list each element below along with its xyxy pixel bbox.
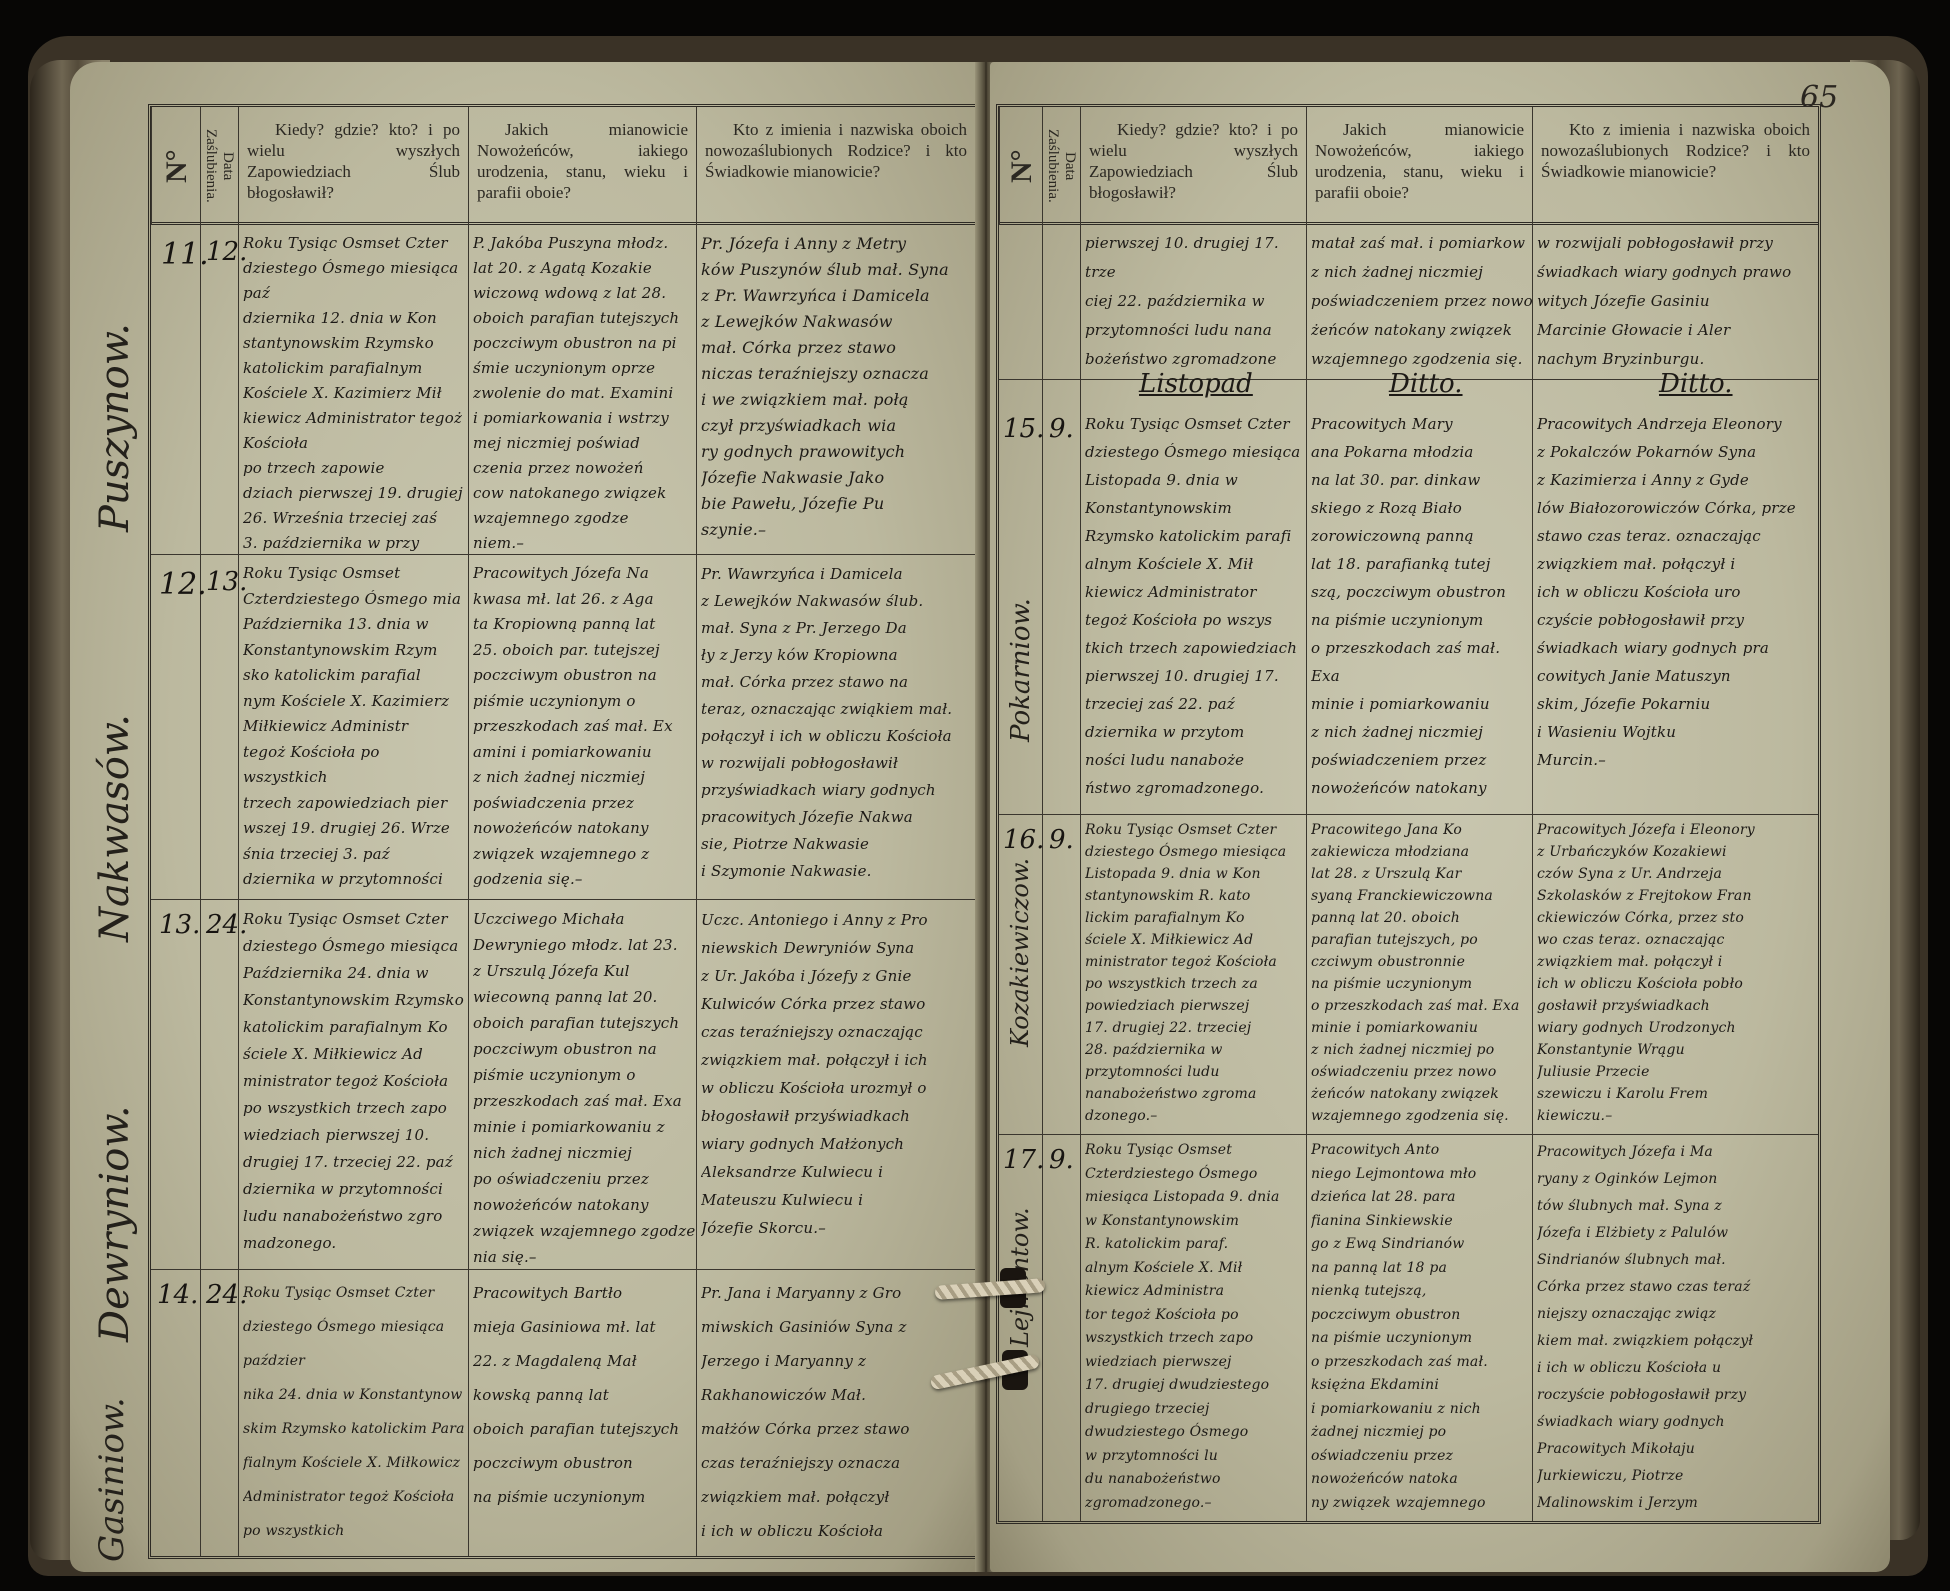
entry-when-where: Roku Tysiąc Osmset Czter dziestego Ósmeg…	[243, 1276, 469, 1554]
register-entry-13: 13. 24. Roku Tysiąc Osmset Czter dzieste…	[151, 900, 975, 1270]
entry-couple: Pracowitych Mary ana Pokarna młodzia na …	[1311, 410, 1533, 810]
entry-number: 12.	[159, 567, 207, 602]
register-entry-12: 12. 13. Roku Tysiąc Osmset Czterdziesteg…	[151, 555, 975, 900]
entry-parents-witnesses: Pr. Wawrzyńca i Damicela z Lewejków Nakw…	[701, 561, 973, 897]
entry-when-where: pierwszej 10. drugiej 17. trze ciej 22. …	[1085, 229, 1307, 379]
entry-couple: Pracowitych Józefa Na kwasa mł. lat 26. …	[473, 561, 697, 897]
register-table-right: N° Data Zaślubienia. Kiedy? gdzie? kto? …	[996, 104, 1821, 1524]
entry-date: 9.	[1049, 414, 1074, 444]
entry-number: 14.	[157, 1280, 198, 1310]
entry-parents-witnesses: Pracowitych Józefa i Ma ryany z Oginków …	[1537, 1139, 1817, 1517]
entry-parents-witnesses: w rozwijali pobłogosławił przy świadkach…	[1537, 229, 1817, 379]
header-parents-witnesses: Kto z imienia i nazwiska oboich nowozaśl…	[1533, 107, 1818, 225]
header-parents-witnesses: Kto z imienia i nazwiska oboich nowozaśl…	[697, 107, 975, 225]
entry-when-where: Roku Tysiąc Osmset Czter dziestego Ósmeg…	[243, 231, 469, 553]
entry-couple: Uczciwego Michała Dewryniego młodz. lat …	[473, 906, 697, 1266]
left-page: N° Data Zaślubienia. Kiedy? gdzie? kto? …	[70, 62, 985, 1572]
margin-surname: Kozakiewiczow.	[1006, 858, 1034, 1047]
entry-when-where: Roku Tysiąc Osmset Czter dziestego Ósmeg…	[1085, 819, 1307, 1131]
margin-surname: Nakwasów.	[92, 714, 138, 942]
entry-date: 9.	[1049, 825, 1074, 855]
register-entry-17: 17. 9. Roku Tysiąc Osmset Czterdziestego…	[999, 1135, 1818, 1521]
entry-date: 13.	[206, 567, 247, 597]
register-entry-11: 11. 12. Roku Tysiąc Osmset Czter dzieste…	[151, 225, 975, 555]
margin-surname: Gasiniow.	[92, 1397, 132, 1562]
entry-number: 15.	[1003, 414, 1044, 444]
entry-when-where: Roku Tysiąc Osmset Czterdziestego Ósmego…	[1085, 1139, 1307, 1517]
entry-when-where: Roku Tysiąc Osmset Czter dziestego Ósmeg…	[243, 906, 469, 1266]
entry-couple: Pracowitego Jana Ko zakiewicza młodziana…	[1311, 819, 1533, 1131]
entry-couple: Pracowitych Anto niego Lejmontowa mło dz…	[1311, 1139, 1533, 1517]
register-entry-14-continuation: pierwszej 10. drugiej 17. trze ciej 22. …	[999, 225, 1818, 380]
right-page: 65 N° Data Zaślubienia. Kiedy? gdzie? kt…	[990, 62, 1890, 1572]
entry-couple: P. Jakóba Puszyna młodz. lat 20. z Agatą…	[473, 231, 697, 553]
entry-parents-witnesses: Pracowitych Andrzeja Eleonory z Pokalczó…	[1537, 410, 1817, 810]
entry-couple: Pracowitych Bartło mieja Gasiniowa mł. l…	[473, 1276, 697, 1554]
entry-date: 24.	[206, 910, 247, 940]
entry-number: 17.	[1003, 1145, 1044, 1175]
register-entry-14: 14. 24. Roku Tysiąc Osmset Czter dzieste…	[151, 1270, 975, 1557]
entry-date: 24.	[206, 1280, 247, 1310]
entry-parents-witnesses: Pr. Józefa i Anny z Metry ków Puszynów ś…	[701, 231, 973, 553]
entry-parents-witnesses: Uczc. Antoniego i Anny z Pro niewskich D…	[701, 906, 973, 1266]
entry-couple: matał zaś mał. i pomiarkow z nich żadnej…	[1311, 229, 1533, 379]
register-entry-15: 15. 9. Roku Tysiąc Osmset Czter dziesteg…	[999, 380, 1818, 815]
entry-number: 16.	[1003, 825, 1044, 855]
register-entry-16: 16. 9. Roku Tysiąc Osmset Czter dziesteg…	[999, 815, 1818, 1135]
entry-when-where: Roku Tysiąc Osmset Czterdziestego Ósmego…	[243, 561, 469, 897]
entry-when-where: Roku Tysiąc Osmset Czter dziestego Ósmeg…	[1085, 410, 1307, 810]
margin-surname: Pokarniow.	[1006, 598, 1036, 742]
entry-date: 12.	[206, 237, 247, 267]
entry-parents-witnesses: Pr. Jana i Maryanny z Gro miwskich Gasin…	[701, 1276, 973, 1554]
entry-date: 9.	[1049, 1145, 1074, 1175]
entry-number: 11.	[161, 237, 209, 272]
margin-surname: Puszynow.	[92, 323, 138, 532]
entry-parents-witnesses: Pracowitych Józefa i Eleonory z Urbańczy…	[1537, 819, 1817, 1131]
margin-surname: Dewryniow.	[92, 1105, 138, 1342]
entry-number: 13.	[159, 910, 200, 940]
register-table-left: N° Data Zaślubienia. Kiedy? gdzie? kto? …	[148, 104, 978, 1559]
